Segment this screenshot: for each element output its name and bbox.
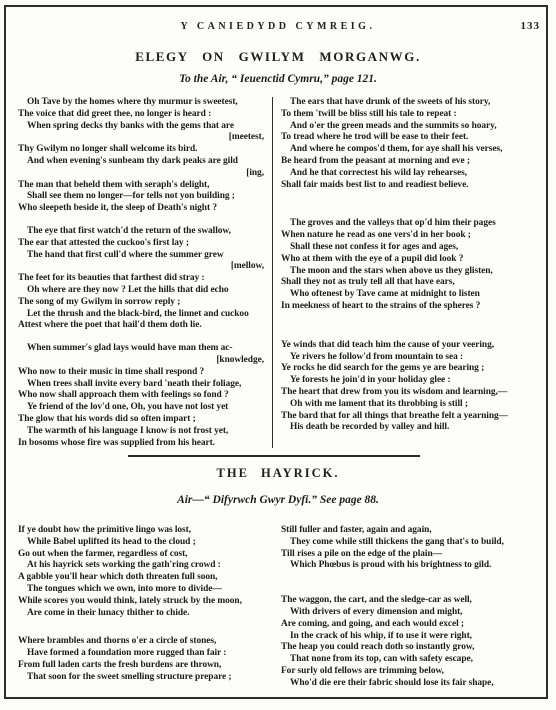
poem-line: From full laden carts the fresh burdens … (18, 660, 267, 672)
poem-line: Who now to their music in time shall res… (18, 367, 266, 379)
stanza: The waggon, the cart, and the sledge-car… (281, 595, 546, 689)
poem-line: Who'd die ere their fabric should lose i… (281, 678, 546, 690)
poem-line: With drivers of every dimension and migh… (281, 607, 546, 619)
stanza: Ye winds that did teach him the cause of… (281, 340, 546, 434)
poem-line: Go out when the farmer, regardless of co… (18, 549, 267, 561)
poem-line: In bosoms whose fire was supplied from h… (18, 438, 266, 448)
poem-line: Shall see them no longer—for tells not y… (18, 191, 266, 203)
poem-line: The eye that first watch'd the return of… (18, 226, 266, 238)
poem-line: At his hayrick sets working the gath'rin… (18, 560, 267, 572)
poem-line: The groves and the valleys that op'd him… (281, 218, 546, 230)
poem-line: While scores you would think, lately str… (18, 596, 267, 608)
poem-line: In meekness of heart to the strains of t… (281, 301, 546, 313)
poem-line: The hand that first cull'd where the sum… (18, 250, 266, 262)
poem-line: Have formed a foundation more rugged tha… (18, 648, 267, 660)
poem-line: Who now shall approach them with feeling… (18, 390, 266, 402)
hayrick-columns: If ye doubt how the primitive lingo was … (18, 525, 546, 691)
stanza: The groves and the valleys that op'd him… (281, 218, 546, 312)
elegy-left-column: Oh Tave by the homes where thy murmur is… (18, 97, 273, 448)
poem-line: In the crack of his whip, if to use it w… (281, 631, 546, 643)
stanza: The ears that have drunk of the sweets o… (281, 97, 546, 191)
poem-line: Attest where the poet that hail'd them d… (18, 320, 266, 332)
poem-line: Where brambles and thorns o'er a circle … (18, 636, 267, 648)
hayrick-left-column: If ye doubt how the primitive lingo was … (18, 525, 273, 691)
poem-line: Ye winds that did teach him the cause of… (281, 340, 546, 352)
poem-line: The glow that his words did so often imp… (18, 414, 266, 426)
poem-line: And o'er the green meads and the summits… (281, 121, 546, 133)
elegy-right-column: The ears that have drunk of the sweets o… (273, 97, 546, 448)
poem-line: The heap you could reach doth so instant… (281, 642, 546, 654)
poem-line: The song of my Gwilym in sorrow reply ; (18, 297, 266, 309)
poem-line: And when evening's sunbeam thy dark peak… (18, 156, 266, 168)
stanza: Oh Tave by the homes where thy murmur is… (18, 97, 266, 215)
poem-line: That soon for the sweet smelling structu… (18, 672, 267, 684)
poem-line: [meetest, (18, 132, 266, 144)
stanza: When summer's glad lays would have man t… (18, 343, 266, 448)
poem-line: Ye rivers he follow'd from mountain to s… (281, 352, 546, 364)
poem-line: His death be recorded by valley and hill… (281, 422, 546, 434)
poem-line: When spring decks thy banks with the gem… (18, 121, 266, 133)
stanza: Where brambles and thorns o'er a circle … (18, 636, 267, 683)
stanza: If ye doubt how the primitive lingo was … (18, 525, 267, 619)
poem-line: The voice that did greet thee, no longer… (18, 109, 266, 121)
page-number: 133 (521, 20, 541, 32)
poem-line: The heart that drew from you its wisdom … (281, 387, 546, 399)
poem-line: The tongues which we own, into more to d… (18, 584, 267, 596)
poem-line: The waggon, the cart, and the sledge-car… (281, 595, 546, 607)
poem-line: The moon and the stars when above us the… (281, 266, 546, 278)
poem-line: Ye rocks he did search for the gems ye a… (281, 363, 546, 375)
poem-line: Who oftenest by Tave came at midnight to… (281, 289, 546, 301)
poem-line: Shall they not as truly tell all that ha… (281, 277, 546, 289)
poem-line: Who sleepeth beside it, the sleep of Dea… (18, 203, 266, 215)
poem-line: Shall these not confess it for ages and … (281, 242, 546, 254)
poem-line: For surly old fellows are trimming below… (281, 666, 546, 678)
poem-line: The feet for its beauties that farthest … (18, 273, 266, 285)
poem-line: Are come in their lunacy thither to chid… (18, 608, 267, 620)
poem-line: That none from its top, can with safety … (281, 654, 546, 666)
poem-line: And where he compos'd them, for aye shal… (281, 144, 546, 156)
poem-line: Shall fair maids best list to and readie… (281, 180, 546, 192)
poem-line: Let the thrush and the black-bird, the l… (18, 309, 266, 321)
poem-line: The bard that for all things that breath… (281, 411, 546, 423)
running-header: Y CANIEDYDD CYMREIG. (0, 21, 556, 32)
stanza: The eye that first watch'd the return of… (18, 226, 266, 332)
poem-line: The ear that attested the cuckoo's first… (18, 238, 266, 250)
poem-line: Be heard from the peasant at morning and… (281, 156, 546, 168)
poem-line: Thy Gwilym no longer shall welcome its b… (18, 144, 266, 156)
hayrick-right-column: Still fuller and faster, again and again… (273, 525, 546, 691)
poem-line: Who at them with the eye of a pupil did … (281, 254, 546, 266)
poem-line: If ye doubt how the primitive lingo was … (18, 525, 267, 537)
hayrick-air-line: Air—“ Difyrwch Gwyr Dyfi.” See page 88. (0, 494, 556, 506)
elegy-columns: Oh Tave by the homes where thy murmur is… (18, 97, 546, 448)
scanned-book-page: Y CANIEDYDD CYMREIG. 133 ELEGY ON GWILYM… (0, 0, 556, 710)
poem-line: They come while still thickens the gang … (281, 537, 546, 549)
poem-line: [knowledge, (18, 355, 266, 367)
poem-line: To tread where he trod will be ease to t… (281, 132, 546, 144)
poem-line: Oh with me lament that its throbbing is … (281, 399, 546, 411)
poem-line: Ye friend of the lov'd one, Oh, you have… (18, 402, 266, 414)
poem-line: A gabble you'll hear which doth threaten… (18, 572, 267, 584)
poem-line: To them 'twill be bliss still his tale t… (281, 109, 546, 121)
poem-line: While Babel uplifted its head to the clo… (18, 537, 267, 549)
poem-line: And he that correctest his wild lay rehe… (281, 168, 546, 180)
section-divider-rule (128, 455, 420, 457)
poem-line: When nature he read as one vers'd in her… (281, 230, 546, 242)
poem-line: [ing, (18, 168, 266, 180)
poem-line: Oh where are they now ? Let the hills th… (18, 285, 266, 297)
elegy-air-line: To the Air, “ Ieuenctid Cymru,” page 121… (0, 73, 556, 85)
poem-line: Which Phœbus is proud with his brightnes… (281, 560, 546, 572)
poem-line: The man that beheld them with seraph's d… (18, 180, 266, 192)
poem-line: Still fuller and faster, again and again… (281, 525, 546, 537)
poem-line: Are coming, and going, and each would ex… (281, 619, 546, 631)
hayrick-title: THE HAYRICK. (0, 466, 556, 481)
poem-line: The ears that have drunk of the sweets o… (281, 97, 546, 109)
elegy-title: ELEGY ON GWILYM MORGANWG. (0, 49, 556, 65)
poem-line: When trees shall invite every bard 'neat… (18, 379, 266, 391)
stanza: Still fuller and faster, again and again… (281, 525, 546, 572)
poem-line: When summer's glad lays would have man t… (18, 343, 266, 355)
poem-line: [mellow, (18, 261, 266, 273)
poem-line: Ye forests he join'd in your holiday gle… (281, 375, 546, 387)
poem-line: Till rises a pile on the edge of the pla… (281, 549, 546, 561)
poem-line: Oh Tave by the homes where thy murmur is… (18, 97, 266, 109)
poem-line: The warmth of his language I know is not… (18, 426, 266, 438)
